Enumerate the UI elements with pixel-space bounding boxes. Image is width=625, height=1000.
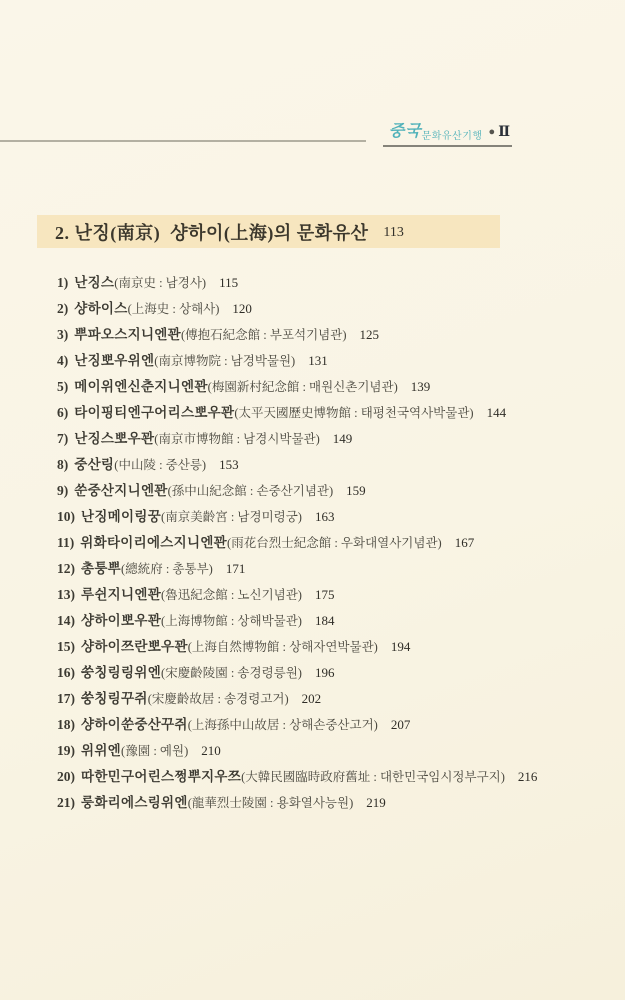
toc-item: 16)쑹칭링링위엔(宋慶齡陵園 : 송경령릉원)196 xyxy=(57,660,611,686)
toc-item: 18)샹하이쑨중산꾸쥐(上海孫中山故居 : 상해손중산고거)207 xyxy=(57,712,611,738)
toc-item-number: 18) xyxy=(57,717,75,732)
toc-item-number: 10) xyxy=(57,509,75,524)
section-title-bar: 2. 난징(南京) 샹하이(上海)의 문화유산 113 xyxy=(37,215,500,248)
toc-item-annotation: (上海博物館 : 상해박물관) xyxy=(161,614,302,628)
toc-item-page: 131 xyxy=(308,353,328,368)
toc-item-page: 202 xyxy=(302,691,322,706)
toc-item: 3)뿌파오스지니엔꽌(傅抱石紀念館 : 부포석기념관)125 xyxy=(57,322,611,348)
toc-item-number: 7) xyxy=(57,431,68,446)
toc-item: 20)따한민구어린스쩡뿌지우쯔(大韓民國臨時政府舊址 : 대한민국임시정부구지)… xyxy=(57,764,611,790)
toc-item-annotation: (傅抱石紀念館 : 부포석기념관) xyxy=(181,328,347,342)
toc-item-page: 144 xyxy=(487,405,507,420)
volume-number: Ⅱ xyxy=(498,125,510,140)
toc-item-page: 149 xyxy=(333,431,353,446)
toc-item: 9)쑨중산지니엔꽌(孫中山紀念館 : 손중산기념관)159 xyxy=(57,478,611,504)
brand-main-title: 중국 xyxy=(389,123,422,140)
toc-item-page: 115 xyxy=(219,275,238,290)
running-head: 중국문화유산기행●Ⅱ xyxy=(383,118,512,147)
toc-item-title: 샹하이쯔란뽀우꽌 xyxy=(81,639,188,654)
toc-item-annotation: (梅園新村紀念館 : 매원신촌기념관) xyxy=(208,380,398,394)
toc-list: 1)난징스(南京史 : 남경사)115 2)샹하이스(上海史 : 상해사)120… xyxy=(57,270,611,816)
toc-item-title: 쑨중산지니엔꽌 xyxy=(74,483,167,498)
toc-item: 19)위위엔(豫園 : 예원)210 xyxy=(57,738,611,764)
toc-item-annotation: (南京市博物館 : 남경시박물관) xyxy=(154,432,320,446)
toc-item-number: 6) xyxy=(57,405,68,420)
toc-item-annotation: (豫園 : 예원) xyxy=(121,744,188,758)
toc-item-title: 샹하이쑨중산꾸쥐 xyxy=(81,717,188,732)
toc-item-annotation: (宋慶齡故居 : 송경령고거) xyxy=(148,692,289,706)
brand-subtitle: 문화유산기행 xyxy=(422,131,483,142)
toc-item-number: 15) xyxy=(57,639,75,654)
toc-item-annotation: (太平天國歷史博物館 : 태평천국역사박물관) xyxy=(234,406,473,420)
toc-item-annotation: (南京博物院 : 남경박물원) xyxy=(154,354,295,368)
toc-item: 11)위화타이리에스지니엔꽌(雨花台烈士紀念館 : 우화대열사기념관)167 xyxy=(57,530,611,556)
toc-item-title: 난징뽀우위엔 xyxy=(74,353,154,368)
toc-item: 6)타이핑티엔구어리스뽀우꽌(太平天國歷史博物館 : 태평천국역사박물관)144 xyxy=(57,400,611,426)
toc-item: 5)메이위엔신춘지니엔꽌(梅園新村紀念館 : 매원신촌기념관)139 xyxy=(57,374,611,400)
toc-item-number: 16) xyxy=(57,665,75,680)
toc-item-number: 21) xyxy=(57,795,75,810)
toc-item-page: 159 xyxy=(346,483,366,498)
toc-item-annotation: (宋慶齡陵園 : 송경령릉원) xyxy=(161,666,302,680)
toc-item-title: 루쉰지니엔꽌 xyxy=(81,587,161,602)
book-page: 중국문화유산기행●Ⅱ 2. 난징(南京) 샹하이(上海)의 문화유산 113 1… xyxy=(0,0,625,1000)
toc-item-number: 4) xyxy=(57,353,68,368)
toc-item: 7)난징스뽀우꽌(南京市博物館 : 남경시박물관)149 xyxy=(57,426,611,452)
toc-item: 2)샹하이스(上海史 : 상해사)120 xyxy=(57,296,611,322)
toc-item-number: 17) xyxy=(57,691,75,706)
toc-item-annotation: (大韓民國臨時政府舊址 : 대한민국임시정부구지) xyxy=(241,770,505,784)
toc-item-title: 총퉁뿌 xyxy=(81,561,121,576)
toc-item-number: 13) xyxy=(57,587,75,602)
toc-item-number: 9) xyxy=(57,483,68,498)
toc-item: 17)쑹칭링꾸쥐(宋慶齡故居 : 송경령고거)202 xyxy=(57,686,611,712)
toc-item-number: 12) xyxy=(57,561,75,576)
toc-item-page: 219 xyxy=(366,795,386,810)
toc-item-title: 쑹칭링꾸쥐 xyxy=(81,691,148,706)
toc-item-title: 메이위엔신춘지니엔꽌 xyxy=(74,379,207,394)
toc-item: 21)룽화리에스링위엔(龍華烈士陵園 : 용화열사능원)219 xyxy=(57,790,611,816)
toc-item: 4)난징뽀우위엔(南京博物院 : 남경박물원)131 xyxy=(57,348,611,374)
toc-item-title: 쑹칭링링위엔 xyxy=(81,665,161,680)
bullet-icon: ● xyxy=(489,126,496,138)
toc-item-page: 167 xyxy=(455,535,475,550)
toc-item: 8)중산링(中山陵 : 중산릉)153 xyxy=(57,452,611,478)
toc-item-page: 196 xyxy=(315,665,335,680)
toc-item-number: 20) xyxy=(57,769,75,784)
toc-item-number: 11) xyxy=(57,535,74,550)
toc-item-page: 184 xyxy=(315,613,335,628)
toc-item-annotation: (上海孫中山故居 : 상해손중산고거) xyxy=(188,718,378,732)
toc-item-page: 153 xyxy=(219,457,239,472)
toc-item-annotation: (孫中山紀念館 : 손중산기념관) xyxy=(168,484,334,498)
toc-item-title: 타이핑티엔구어리스뽀우꽌 xyxy=(74,405,234,420)
toc-item-annotation: (總統府 : 총통부) xyxy=(121,562,213,576)
toc-item-number: 8) xyxy=(57,457,68,472)
toc-item-title: 뿌파오스지니엔꽌 xyxy=(74,327,181,342)
toc-item: 13)루쉰지니엔꽌(魯迅紀念館 : 노신기념관)175 xyxy=(57,582,611,608)
toc-item-annotation: (南京史 : 남경사) xyxy=(114,276,206,290)
toc-item-number: 14) xyxy=(57,613,75,628)
toc-item-title: 난징스 xyxy=(74,275,114,290)
toc-item-title: 샹하이뽀우꽌 xyxy=(81,613,161,628)
toc-item-annotation: (南京美齡宮 : 남경미령궁) xyxy=(161,510,302,524)
toc-item-page: 210 xyxy=(201,743,221,758)
section-page-number: 113 xyxy=(383,222,403,241)
toc-item-page: 139 xyxy=(411,379,431,394)
toc-item-title: 난징메이링꿍 xyxy=(81,509,161,524)
toc-item-annotation: (雨花台烈士紀念館 : 우화대열사기념관) xyxy=(227,536,442,550)
toc-item: 1)난징스(南京史 : 남경사)115 xyxy=(57,270,611,296)
section-title: 2. 난징(南京) 샹하이(上海)의 문화유산 xyxy=(55,219,368,245)
toc-item: 14)샹하이뽀우꽌(上海博物館 : 상해박물관)184 xyxy=(57,608,611,634)
toc-item: 12)총퉁뿌(總統府 : 총통부)171 xyxy=(57,556,611,582)
toc-item-annotation: (中山陵 : 중산릉) xyxy=(114,458,206,472)
toc-item-title: 난징스뽀우꽌 xyxy=(74,431,154,446)
toc-item-annotation: (魯迅紀念館 : 노신기념관) xyxy=(161,588,302,602)
toc-item-title: 샹하이스 xyxy=(74,301,127,316)
toc-item-title: 따한민구어린스쩡뿌지우쯔 xyxy=(81,769,241,784)
toc-item-number: 2) xyxy=(57,301,68,316)
toc-item: 15)샹하이쯔란뽀우꽌(上海自然博物館 : 상해자연박물관)194 xyxy=(57,634,611,660)
toc-item-number: 3) xyxy=(57,327,68,342)
toc-item-page: 216 xyxy=(518,769,538,784)
toc-item-number: 1) xyxy=(57,275,68,290)
toc-item-annotation: (龍華烈士陵園 : 용화열사능원) xyxy=(188,796,354,810)
toc-item-page: 175 xyxy=(315,587,335,602)
toc-item: 10)난징메이링꿍(南京美齡宮 : 남경미령궁)163 xyxy=(57,504,611,530)
toc-item-title: 위화타이리에스지니엔꽌 xyxy=(80,535,227,550)
toc-item-page: 207 xyxy=(391,717,411,732)
toc-item-number: 5) xyxy=(57,379,68,394)
header-rule-left xyxy=(0,140,366,142)
toc-item-page: 125 xyxy=(359,327,379,342)
toc-item-title: 룽화리에스링위엔 xyxy=(81,795,188,810)
toc-item-title: 위위엔 xyxy=(81,743,121,758)
toc-item-page: 163 xyxy=(315,509,335,524)
toc-item-page: 120 xyxy=(232,301,252,316)
toc-item-annotation: (上海自然博物館 : 상해자연박물관) xyxy=(188,640,378,654)
toc-item-annotation: (上海史 : 상해사) xyxy=(128,302,220,316)
toc-item-page: 171 xyxy=(226,561,246,576)
toc-item-number: 19) xyxy=(57,743,75,758)
toc-item-title: 중산링 xyxy=(74,457,114,472)
toc-item-page: 194 xyxy=(391,639,411,654)
